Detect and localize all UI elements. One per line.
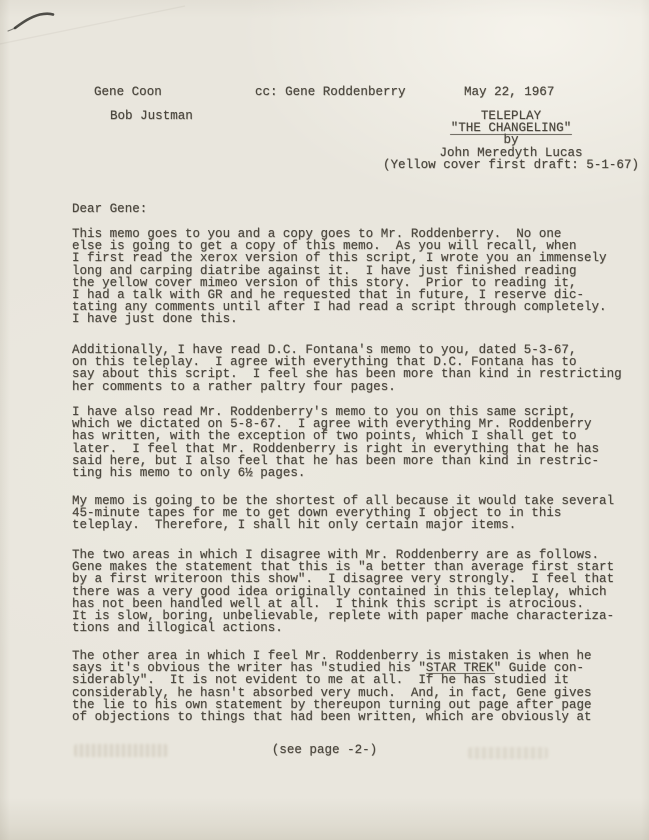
salutation: Dear Gene:	[72, 203, 147, 215]
recipient-name-2: Bob Justman	[110, 110, 193, 122]
page-footer: (see page -2-)	[272, 744, 377, 756]
subject-block: TELEPLAY "THE CHANGELING" by John Meredy…	[382, 110, 640, 171]
ink-smudge-right	[468, 747, 548, 759]
letter-page: Gene Coon cc: Gene Roddenberry May 22, 1…	[0, 0, 649, 840]
date-line: May 22, 1967	[464, 86, 554, 98]
paragraph-5: The two areas in which I disagree with M…	[72, 549, 614, 634]
subject-author: John Meredyth Lucas	[382, 147, 640, 159]
paragraph-1: This memo goes to you and a copy goes to…	[72, 228, 607, 326]
pen-mark-icon	[0, 0, 200, 60]
subject-byline: by	[382, 134, 640, 146]
paragraph-4: My memo is going to be the shortest of a…	[72, 495, 614, 532]
paragraph-6: The other area in which I feel Mr. Rodde…	[72, 650, 592, 723]
paper-crease	[0, 6, 185, 44]
recipient-name-1: Gene Coon	[94, 86, 162, 98]
ink-smudge-left	[74, 744, 168, 757]
paragraph-2: Additionally, I have read D.C. Fontana's…	[72, 344, 622, 393]
cc-line: cc: Gene Roddenberry	[255, 86, 406, 98]
paragraph-3: I have also read Mr. Roddenberry's memo …	[72, 406, 599, 479]
subject-draft-note: (Yellow cover first draft: 5-1-67)	[382, 159, 640, 171]
